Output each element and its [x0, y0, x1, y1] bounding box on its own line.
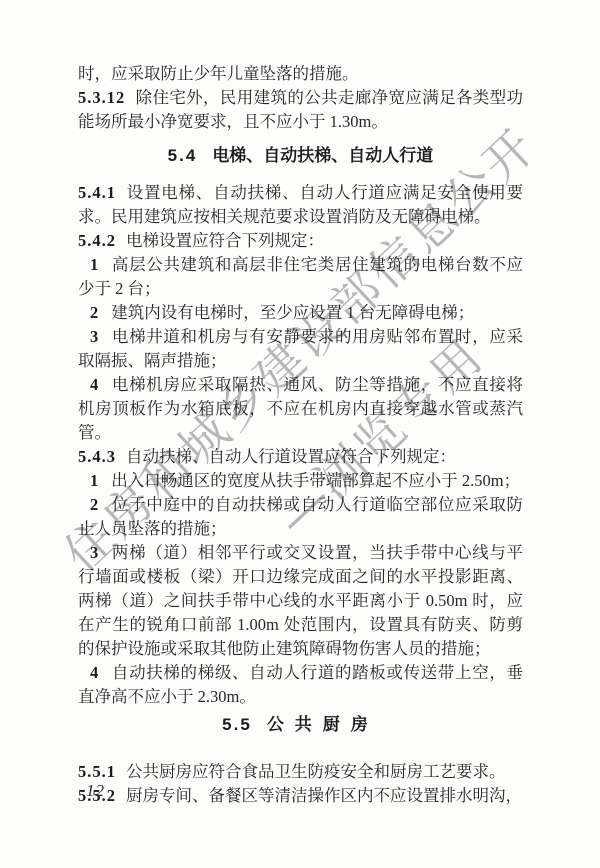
subitem-text: 建筑内设有电梯时，至少应设置 1 台无障碍电梯； — [111, 303, 474, 322]
subitem-5-4-2-3: 3电梯井道和机房与有安静要求的用房贴邻布置时，应采取隔振、隔声措施； — [78, 325, 523, 373]
clause-5-5-1: 5.5.1公共厨房应符合食品卫生防疫安全和厨房工艺要求。 — [78, 760, 523, 784]
clause-text: 设置电梯、自动扶梯、自动人行道应满足安全使用要求。民用建筑应按相关规范要求设置消… — [78, 183, 523, 226]
subitem-text: 电梯井道和机房与有安静要求的用房贴邻布置时，应采取隔振、隔声措施； — [78, 327, 523, 370]
section-title: 公共厨房 — [267, 715, 379, 734]
section-heading-5-4: 5.4电梯、自动扶梯、自动人行道 — [78, 144, 523, 168]
clause-text: 自动扶梯、自动人行道设置应符合下列规定： — [126, 447, 456, 466]
subitem-5-4-3-1: 1出入口畅通区的宽度从扶手带端部算起不应小于 2.50m； — [78, 469, 523, 493]
subitem-number: 2 — [90, 495, 98, 514]
subitem-text: 电梯机房应采取隔热、通风、防尘等措施，不应直接将机房顶板作为水箱底板，不应在机房… — [78, 375, 523, 442]
clause-5-4-1: 5.4.1设置电梯、自动扶梯、自动人行道应满足安全使用要求。民用建筑应按相关规范… — [78, 181, 523, 229]
document-body: 时，应采取防止少年儿童坠落的措施。 5.3.12除住宅外，民用建筑的公共走廊净宽… — [0, 0, 600, 808]
subitem-text: 高层公共建筑和高层非住宅类居住建筑的电梯台数不应少于 2 台； — [78, 255, 523, 298]
subitem-number: 3 — [90, 327, 98, 346]
subitem-5-4-3-2: 2位于中庭中的自动扶梯或自动人行道临空部位应采取防止人员坠落的措施； — [78, 493, 523, 541]
paragraph-continuation: 时，应采取防止少年儿童坠落的措施。 — [78, 62, 523, 86]
scanned-document-page: 住房和城乡建设部信息公开 —浏览专用 时，应采取防止少年儿童坠落的措施。 5.3… — [0, 0, 600, 868]
clause-5-4-2: 5.4.2电梯设置应符合下列规定： — [78, 229, 523, 253]
subitem-text: 位于中庭中的自动扶梯或自动人行道临空部位应采取防止人员坠落的措施； — [78, 495, 523, 538]
clause-number: 5.5.1 — [78, 762, 116, 781]
clause-number: 5.4.3 — [78, 447, 116, 466]
subitem-number: 4 — [90, 375, 98, 394]
section-heading-5-5: 5.5公共厨房 — [78, 713, 523, 737]
clause-text: 厨房专间、备餐区等清洁操作区内不应设置排水明沟， — [126, 786, 522, 805]
clause-5-5-2: 5.5.2厨房专间、备餐区等清洁操作区内不应设置排水明沟， — [78, 784, 523, 808]
section-number: 5.5 — [222, 715, 252, 734]
clause-5-3-12: 5.3.12除住宅外，民用建筑的公共走廊净宽应满足各类型功能场所最小净宽要求，且… — [78, 86, 523, 134]
clause-number: 5.4.2 — [78, 231, 116, 250]
section-number: 5.4 — [168, 146, 198, 165]
subitem-5-4-2-4: 4电梯机房应采取隔热、通风、防尘等措施，不应直接将机房顶板作为水箱底板，不应在机… — [78, 373, 523, 445]
subitem-text: 出入口畅通区的宽度从扶手带端部算起不应小于 2.50m； — [111, 471, 520, 490]
section-title: 电梯、自动扶梯、自动人行道 — [212, 146, 433, 165]
subitem-5-4-2-2: 2建筑内设有电梯时，至少应设置 1 台无障碍电梯； — [78, 301, 523, 325]
subitem-number: 4 — [90, 663, 98, 682]
clause-number: 5.3.12 — [78, 88, 125, 107]
subitem-5-4-3-3: 3两梯（道）相邻平行或交叉设置，当扶手带中心线与平行墙面或楼板（梁）开口边缘完成… — [78, 541, 523, 661]
clause-text: 公共厨房应符合食品卫生防疫安全和厨房工艺要求。 — [126, 762, 506, 781]
subitem-5-4-2-1: 1高层公共建筑和高层非住宅类居住建筑的电梯台数不应少于 2 台； — [78, 253, 523, 301]
clause-text: 除住宅外，民用建筑的公共走廊净宽应满足各类型功能场所最小净宽要求，且不应小于 1… — [78, 88, 523, 131]
subitem-text: 两梯（道）相邻平行或交叉设置，当扶手带中心线与平行墙面或楼板（梁）开口边缘完成面… — [78, 543, 523, 658]
subitem-text: 自动扶梯的梯级、自动人行道的踏板或传送带上空，垂直净高不应小于 2.30m。 — [78, 663, 523, 706]
paragraph-text: 时，应采取防止少年儿童坠落的措施。 — [78, 64, 359, 83]
clause-5-4-3: 5.4.3自动扶梯、自动人行道设置应符合下列规定： — [78, 445, 523, 469]
clause-number: 5.4.1 — [78, 183, 116, 202]
subitem-5-4-3-4: 4自动扶梯的梯级、自动人行道的踏板或传送带上空，垂直净高不应小于 2.30m。 — [78, 661, 523, 709]
subitem-number: 1 — [90, 471, 98, 490]
subitem-number: 2 — [90, 303, 98, 322]
subitem-number: 1 — [90, 255, 98, 274]
page-number: 12 — [86, 781, 105, 801]
subitem-number: 3 — [90, 543, 98, 562]
clause-text: 电梯设置应符合下列规定： — [126, 231, 324, 250]
